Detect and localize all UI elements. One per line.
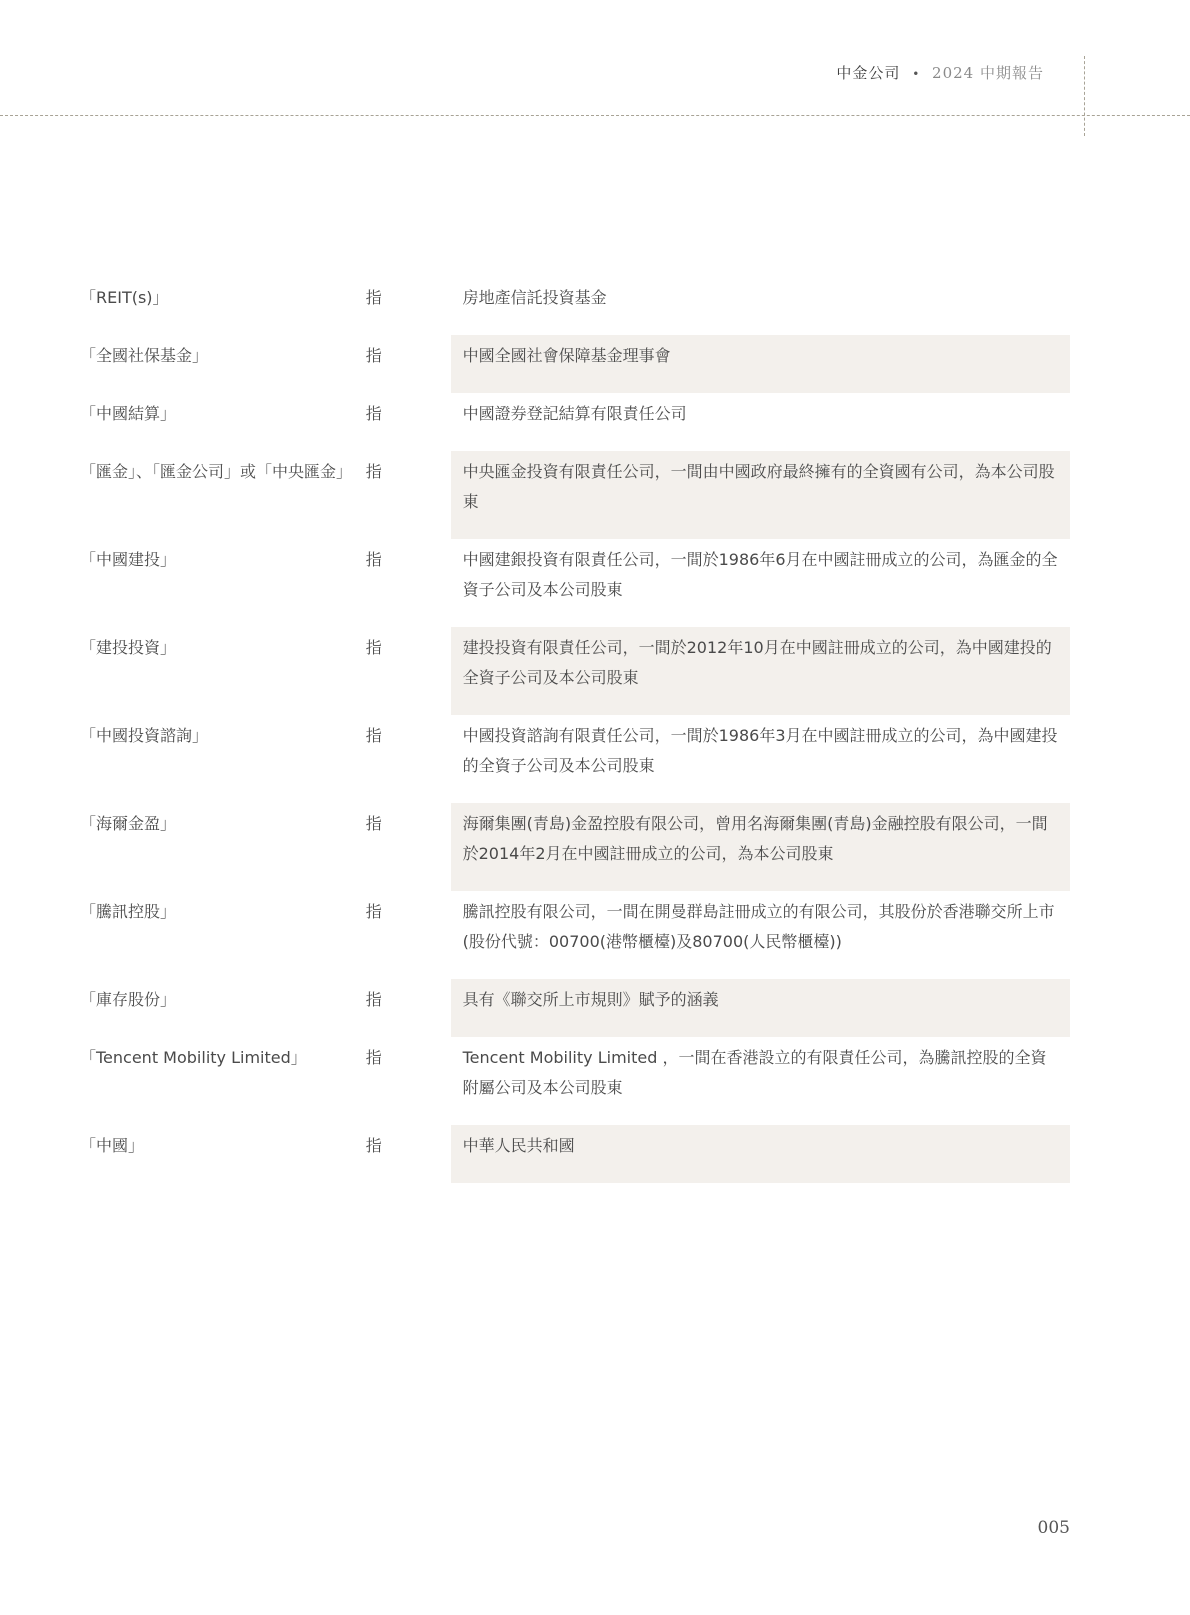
definition-term: 「中國投資諮詢」: [80, 715, 366, 803]
definition-row: 「全國社保基金」指中國全國社會保障基金理事會: [80, 335, 1070, 393]
definition-description: 中國建銀投資有限責任公司，一間於1986年6月在中國註冊成立的公司，為匯金的全資…: [451, 539, 1070, 627]
running-header: 中金公司 • 2024 中期報告: [836, 62, 1044, 83]
definition-description: 中央匯金投資有限責任公司，一間由中國政府最終擁有的全資國有公司，為本公司股東: [451, 451, 1070, 539]
definition-term: 「中國結算」: [80, 393, 366, 451]
definition-term: 「REIT(s)」: [80, 277, 366, 335]
definition-description: Tencent Mobility Limited ，一間在香港設立的有限責任公司…: [451, 1037, 1070, 1125]
header-dashed-rule: [0, 115, 1190, 116]
page-number: 005: [1038, 1518, 1070, 1538]
definition-description: 騰訊控股有限公司，一間在開曼群島註冊成立的有限公司，其股份於香港聯交所上市(股份…: [451, 891, 1070, 979]
definition-means-label: 指: [366, 891, 451, 979]
definition-means-label: 指: [366, 451, 451, 539]
definition-row: 「中國投資諮詢」指中國投資諮詢有限責任公司，一間於1986年3月在中國註冊成立的…: [80, 715, 1070, 803]
definition-term: 「全國社保基金」: [80, 335, 366, 393]
bullet-separator-icon: •: [912, 67, 920, 81]
definitions-table: 「REIT(s)」指房地產信託投資基金「全國社保基金」指中國全國社會保障基金理事…: [80, 277, 1070, 1183]
company-name: 中金公司: [836, 64, 900, 82]
definition-row: 「庫存股份」指具有《聯交所上市規則》賦予的涵義: [80, 979, 1070, 1037]
definition-description: 中國全國社會保障基金理事會: [451, 335, 1070, 393]
definition-means-label: 指: [366, 1125, 451, 1183]
definition-term: 「庫存股份」: [80, 979, 366, 1037]
definition-means-label: 指: [366, 627, 451, 715]
definition-term: 「中國建投」: [80, 539, 366, 627]
definition-row: 「建投投資」指建投投資有限責任公司，一間於2012年10月在中國註冊成立的公司，…: [80, 627, 1070, 715]
definition-description: 建投投資有限責任公司，一間於2012年10月在中國註冊成立的公司，為中國建投的全…: [451, 627, 1070, 715]
definition-term: 「海爾金盈」: [80, 803, 366, 891]
definition-row: 「騰訊控股」指騰訊控股有限公司，一間在開曼群島註冊成立的有限公司，其股份於香港聯…: [80, 891, 1070, 979]
definition-description: 中國投資諮詢有限責任公司，一間於1986年3月在中國註冊成立的公司，為中國建投的…: [451, 715, 1070, 803]
header-dashed-vertical-rule: [1084, 56, 1085, 136]
definition-description: 具有《聯交所上市規則》賦予的涵義: [451, 979, 1070, 1037]
definition-means-label: 指: [366, 803, 451, 891]
definition-description: 海爾集團(青島)金盈控股有限公司，曾用名海爾集團(青島)金融控股有限公司，一間於…: [451, 803, 1070, 891]
definition-description: 房地產信託投資基金: [451, 277, 1070, 335]
definition-row: 「中國」指中華人民共和國: [80, 1125, 1070, 1183]
report-title: 2024 中期報告: [932, 64, 1044, 82]
definition-term: 「中國」: [80, 1125, 366, 1183]
definition-row: 「REIT(s)」指房地產信託投資基金: [80, 277, 1070, 335]
definition-term: 「騰訊控股」: [80, 891, 366, 979]
definition-means-label: 指: [366, 1037, 451, 1125]
definition-row: 「中國結算」指中國證券登記結算有限責任公司: [80, 393, 1070, 451]
definition-row: 「海爾金盈」指海爾集團(青島)金盈控股有限公司，曾用名海爾集團(青島)金融控股有…: [80, 803, 1070, 891]
definition-means-label: 指: [366, 335, 451, 393]
definition-means-label: 指: [366, 393, 451, 451]
definition-means-label: 指: [366, 539, 451, 627]
definition-row: 「中國建投」指中國建銀投資有限責任公司，一間於1986年6月在中國註冊成立的公司…: [80, 539, 1070, 627]
definition-row: 「Tencent Mobility Limited」指Tencent Mobil…: [80, 1037, 1070, 1125]
definition-row: 「匯金」、「匯金公司」或「中央匯金」指中央匯金投資有限責任公司，一間由中國政府最…: [80, 451, 1070, 539]
definition-description: 中華人民共和國: [451, 1125, 1070, 1183]
definition-means-label: 指: [366, 979, 451, 1037]
definition-term: 「Tencent Mobility Limited」: [80, 1037, 366, 1125]
definition-description: 中國證券登記結算有限責任公司: [451, 393, 1070, 451]
definition-term: 「建投投資」: [80, 627, 366, 715]
definition-term: 「匯金」、「匯金公司」或「中央匯金」: [80, 451, 366, 539]
definition-means-label: 指: [366, 277, 451, 335]
definition-means-label: 指: [366, 715, 451, 803]
